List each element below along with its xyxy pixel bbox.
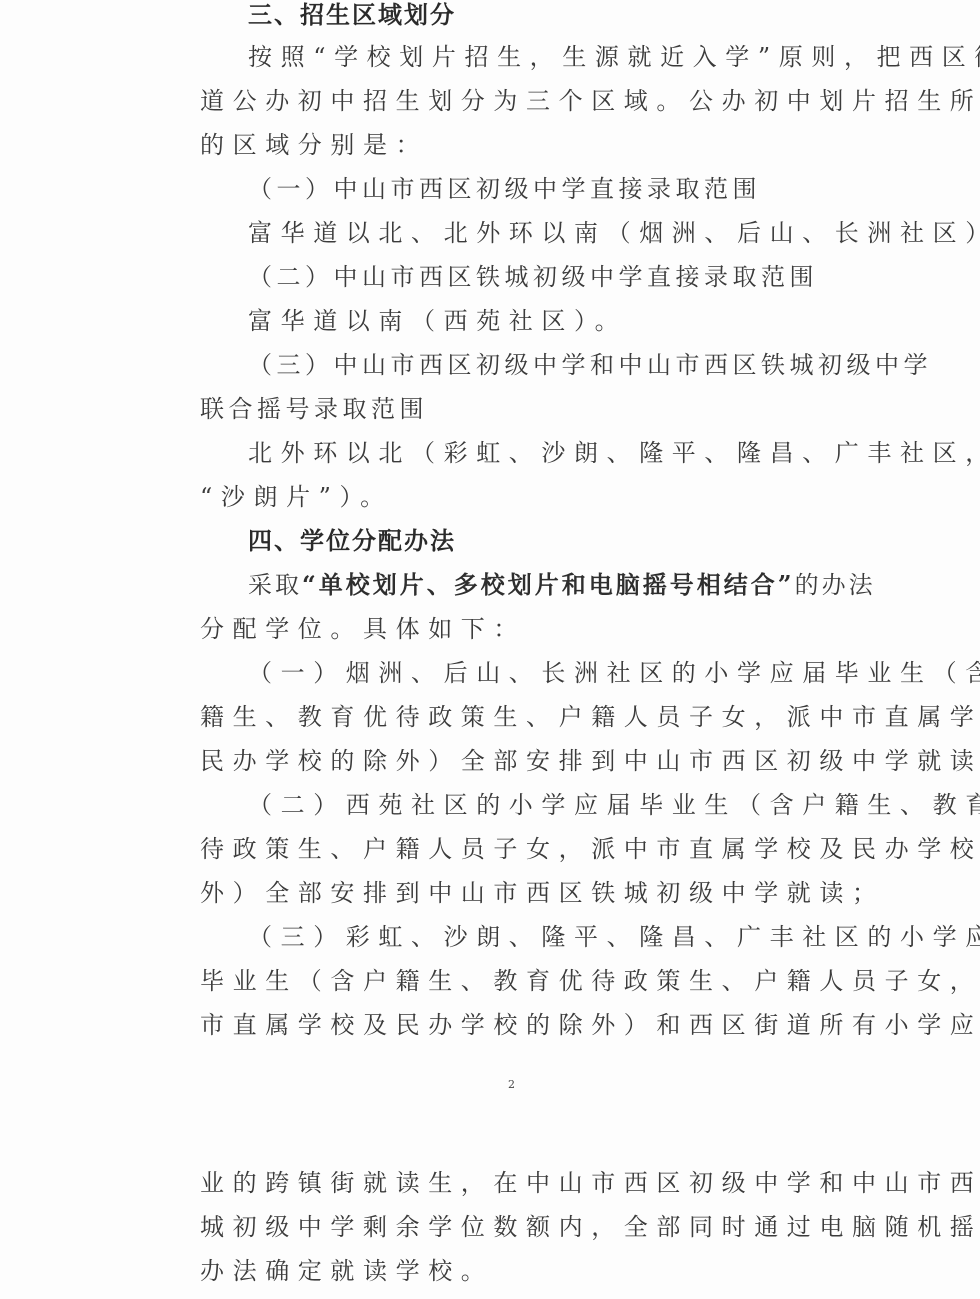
paragraph-line: 富华道以北、北外环以南（烟洲、后山、长洲社区）。 [248,218,830,248]
paragraph-line: 办法确定就读学校。 [200,1256,830,1286]
section-heading-4: 四、学位分配办法 [248,526,830,556]
paragraph-line: 的区域分别是： [200,130,830,160]
paragraph-line: 业的跨镇街就读生，在中山市西区初级中学和中山市西区铁 [200,1168,830,1198]
paragraph-line: 分配学位。具体如下： [200,614,830,644]
paragraph-line: 富华道以南（西苑社区）。 [248,306,830,336]
paragraph-line: 籍生、教育优待政策生、户籍人员子女，派中市直属学校及 [200,702,830,732]
paragraph-line: 民办学校的除外）全部安排到中山市西区初级中学就读； [200,746,830,776]
page-number: 2 [508,1078,515,1091]
paragraph-line: 按照“学校划片招生，生源就近入学”原则，把西区街 [248,42,830,72]
paragraph-line: 外）全部安排到中山市西区铁城初级中学就读； [200,878,830,908]
paragraph-line: （三）彩虹、沙朗、隆平、隆昌、广丰社区的小学应届 [248,922,830,952]
paragraph-line: 北外环以北（彩虹、沙朗、隆平、隆昌、广丰社区，即 [248,438,830,468]
intro-prefix: 采取 [248,571,302,599]
paragraph-line: “沙朗片”）。 [200,482,830,512]
subheading: （三）中山市西区初级中学和中山市西区铁城初级中学 [248,350,830,380]
paragraph-line: （一）烟洲、后山、长洲社区的小学应届毕业生（含户 [248,658,830,688]
paragraph-line: （二）西苑社区的小学应届毕业生（含户籍生、教育优 [248,790,830,820]
document-page: 三、招生区域划分 按照“学校划片招生，生源就近入学”原则，把西区街 道公办初中招… [0,0,980,1299]
subheading: 联合摇号录取范围 [200,394,830,424]
intro-suffix: 的办法 [795,571,876,599]
paragraph-line: 待政策生、户籍人员子女，派中市直属学校及民办学校的除 [200,834,830,864]
subheading: （二）中山市西区铁城初级中学直接录取范围 [248,262,830,292]
intro-bold: “单校划片、多校划片和电脑摇号相结合” [302,570,795,599]
paragraph-line: 市直属学校及民办学校的除外）和西区街道所有小学应届毕 [200,1010,830,1040]
subheading: （一）中山市西区初级中学直接录取范围 [248,174,830,204]
paragraph-line: 采取“单校划片、多校划片和电脑摇号相结合”的办法 [248,570,830,600]
paragraph-line: 毕业生（含户籍生、教育优待政策生、户籍人员子女，派中 [200,966,830,996]
section-heading-3: 三、招生区域划分 [248,0,830,30]
paragraph-line: 道公办初中招生划分为三个区域。公办初中划片招生所对应 [200,86,830,116]
paragraph-line: 城初级中学剩余学位数额内，全部同时通过电脑随机摇号的 [200,1212,830,1242]
